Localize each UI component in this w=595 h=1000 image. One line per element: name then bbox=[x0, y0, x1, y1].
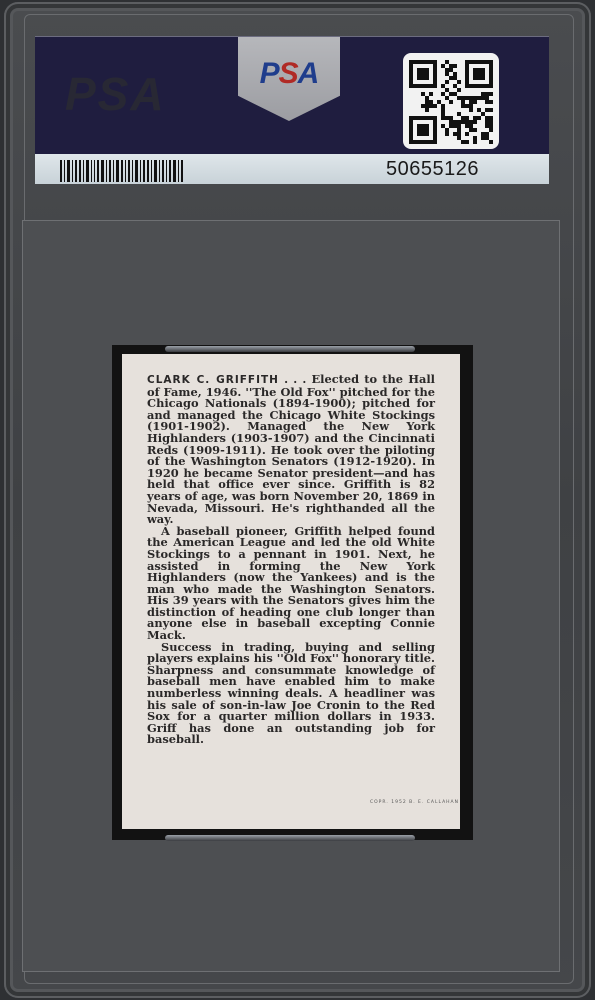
label-strip: 50655126 bbox=[35, 154, 549, 184]
barcode-icon bbox=[60, 160, 185, 182]
bio-paragraph-1: CLARK C. GRIFFITH . . . Elected to the H… bbox=[147, 374, 435, 526]
qr-code-icon[interactable] bbox=[403, 53, 499, 149]
holder-clip-top bbox=[165, 346, 415, 352]
holder-clip-bottom bbox=[165, 835, 415, 841]
psa-logo-text: PSA bbox=[238, 57, 340, 91]
psa-watermark-logo: PSA bbox=[65, 67, 166, 121]
bio-paragraph-3: Success in trading, buying and selling p… bbox=[147, 642, 435, 746]
psa-shield-logo-icon: PSA bbox=[238, 37, 340, 121]
bio-paragraph-2: A baseball pioneer, Griffith helped foun… bbox=[147, 526, 435, 642]
cert-number: 50655126 bbox=[386, 158, 479, 181]
card-copyright: COPR. 1952 B. E. CALLAHAN bbox=[370, 800, 459, 805]
card-bio-text: CLARK C. GRIFFITH . . . Elected to the H… bbox=[147, 374, 435, 746]
